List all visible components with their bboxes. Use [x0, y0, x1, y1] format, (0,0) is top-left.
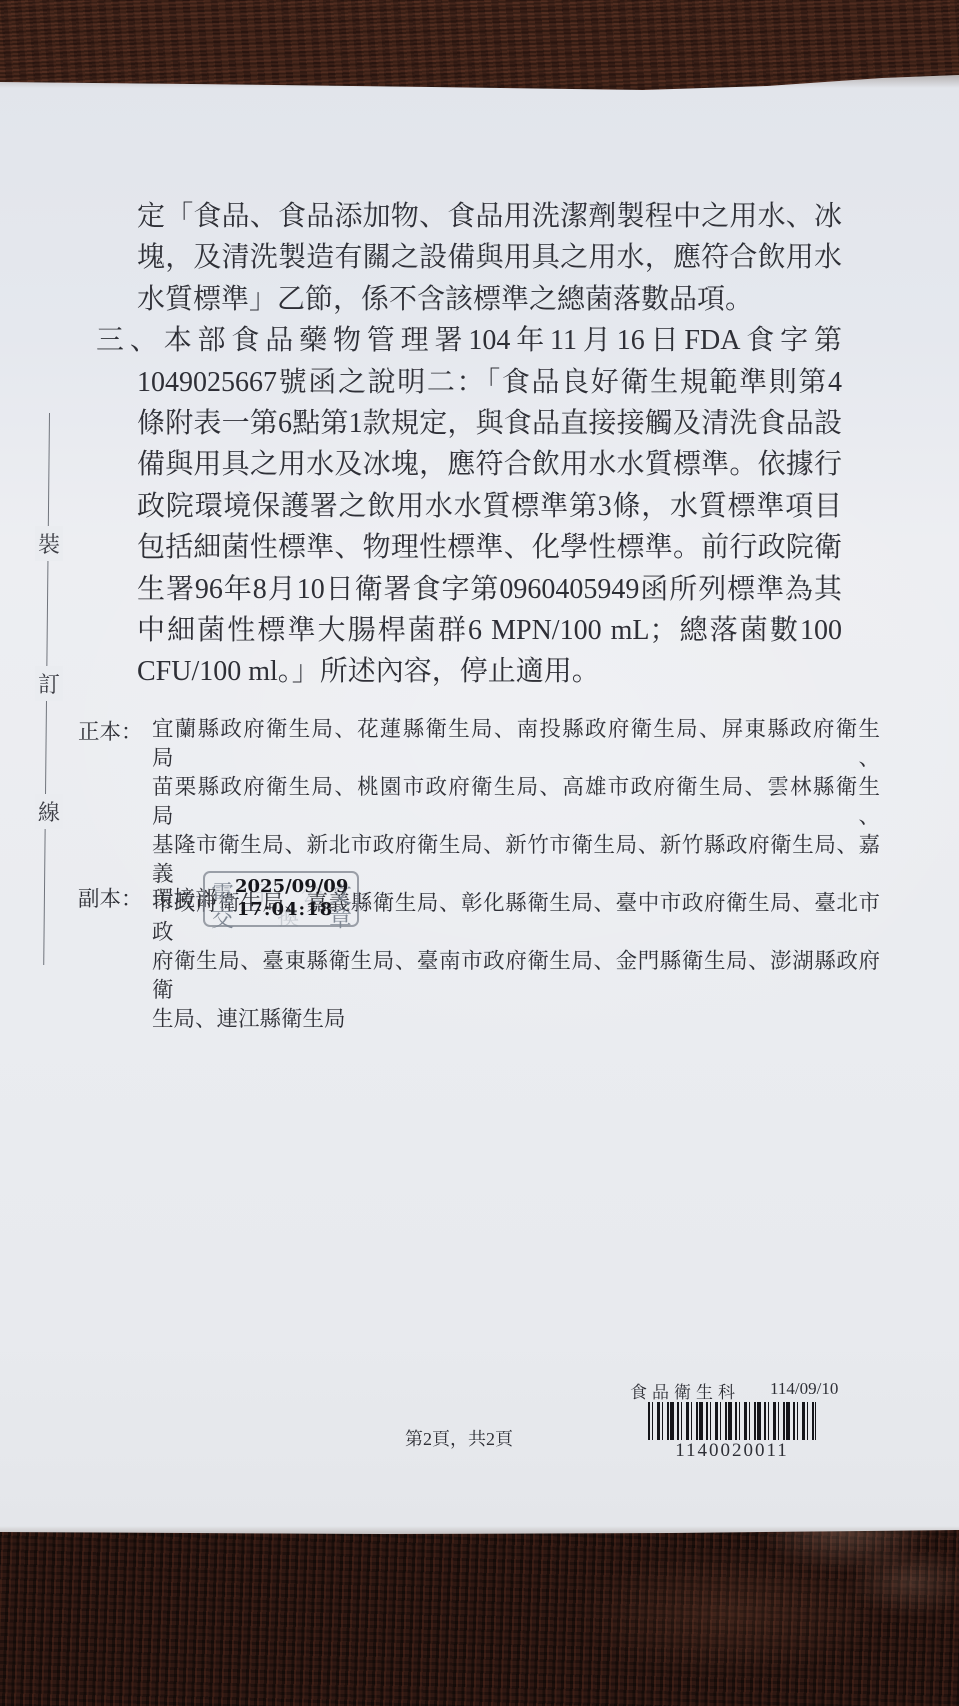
body-line: 定「食品、食品添加物、食品用洗潔劑製程中之用水、冰	[137, 196, 842, 237]
binding-mark-ding: 訂	[35, 666, 63, 701]
binding-mark-zhuang: 裝	[35, 526, 63, 561]
body-line-item3-first: 三、本部食品藥物管理署104年11月16日FDA食字第	[96, 320, 842, 361]
body-line: 備與用具之用水及冰塊，應符合飲用水水質標準。依據行	[137, 444, 842, 485]
item3-text: 本部食品藥物管理署104年11月16日FDA食字第	[164, 325, 842, 356]
copy-recipients-label: 副本：	[78, 882, 143, 913]
binding-mark-xian: 線	[35, 794, 63, 829]
body-line: CFU/100 ml。」所述內容，停止適用。	[137, 651, 842, 692]
body-line: 塊，及清洗製造有關之設備與用具之用水，應符合飲用水	[137, 237, 842, 278]
footer-section-name: 食品衛生科	[630, 1378, 740, 1403]
original-recipients-label: 正本：	[78, 715, 143, 746]
stamp-char-jiao: 交	[211, 900, 234, 933]
body-line: 包括細菌性標準、物理性標準、化學性標準。前行政院衛	[137, 527, 842, 568]
item3-number: 三、	[96, 325, 164, 356]
recipient-line: 宜蘭縣政府衛生局、花蓮縣衛生局、南投縣政府衛生局、屏東縣政府衛生局、	[152, 715, 880, 773]
body-line: 生署96年8月10日衛署食字第0960405949函所列標準為其	[137, 569, 842, 610]
footer-date: 114/09/10	[770, 1379, 838, 1399]
body-line: 中細菌性標準大腸桿菌群6 MPN/100 mL；總落菌數100	[137, 610, 842, 651]
stamp-date: 2025/09/09	[235, 876, 335, 897]
body-line: 條附表一第6點第1款規定，與食品直接接觸及清洗食品設	[137, 403, 842, 444]
recipient-line: 苗栗縣政府衛生局、桃園市政府衛生局、高雄市政府衛生局、雲林縣衛生局、	[152, 773, 880, 831]
body-line: 1049025667號函之說明二：「食品良好衛生規範準則第4	[137, 362, 842, 403]
document-number: 1140020011	[648, 1440, 816, 1462]
body-line: 政院環境保護署之飲用水水質標準第3條，水質標準項目	[137, 486, 842, 527]
document-barcode	[648, 1402, 816, 1440]
recipient-line: 生局、連江縣衛生局	[152, 1005, 880, 1034]
body-line: 水質標準」乙節，係不含該標準之總菌落數品項。	[137, 279, 842, 320]
body-text: 定「食品、食品添加物、食品用洗潔劑製程中之用水、冰 塊，及清洗製造有關之設備與用…	[137, 196, 842, 693]
photo-of-document: 裝 訂 線 定「食品、食品添加物、食品用洗潔劑製程中之用水、冰 塊，及清洗製造有…	[0, 0, 959, 1706]
stamp-time: 17:04:18	[235, 899, 335, 920]
recipient-line: 府衛生局、臺東縣衛生局、臺南市政府衛生局、金門縣衛生局、澎湖縣政府衛	[152, 947, 880, 1005]
page-indicator: 第2頁，共2頁	[405, 1425, 513, 1451]
electronic-exchange-stamp: 電 文 交 章 子 公 換 2025/09/09 17:04:18	[203, 871, 359, 927]
document-page: 裝 訂 線 定「食品、食品添加物、食品用洗潔劑製程中之用水、冰 塊，及清洗製造有…	[0, 74, 959, 1536]
